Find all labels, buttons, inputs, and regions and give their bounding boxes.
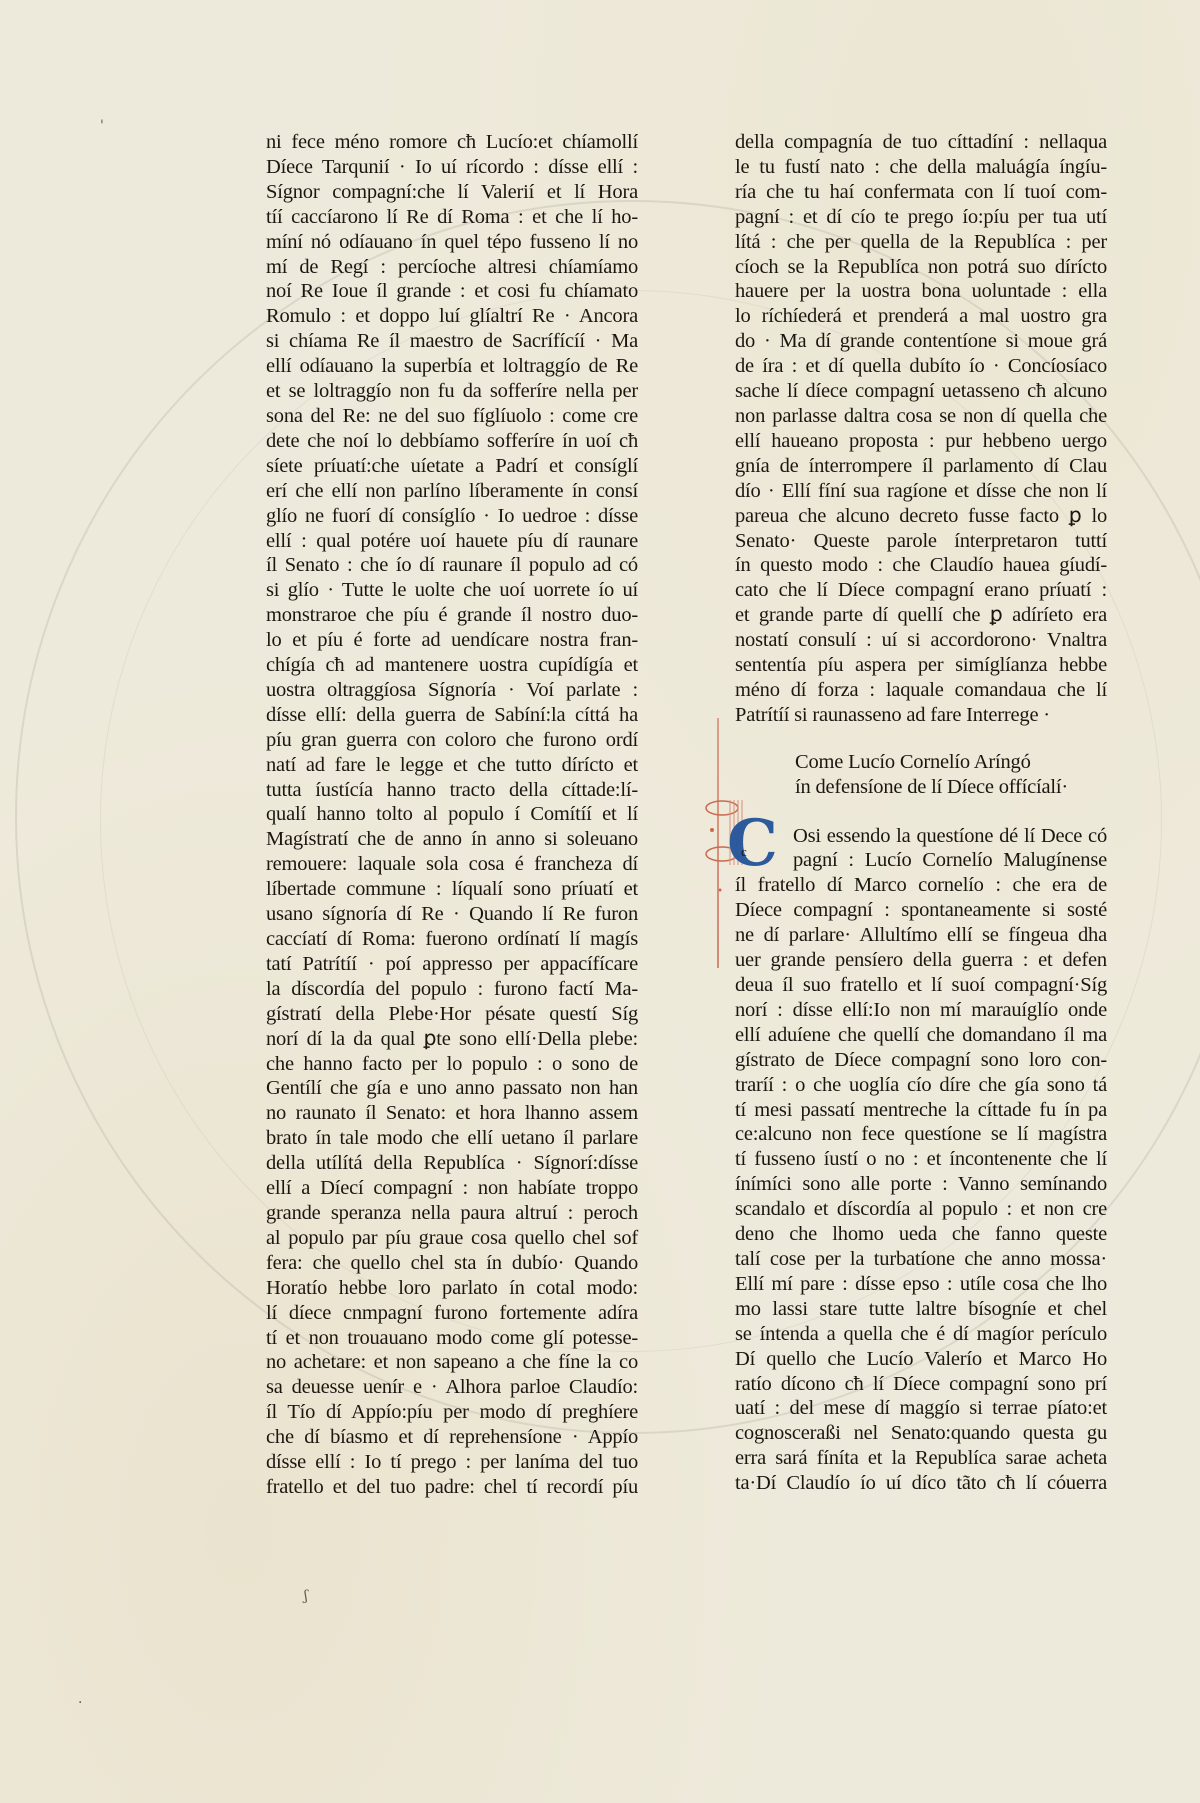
text-line: cíoch se la Republíca non potrá suo dírí… (735, 255, 1107, 280)
text-line: Romulo : et doppo luí glíaltrí Re · Anco… (266, 304, 638, 329)
text-line: norí dí la da qual ꝑte sono ellí·Della p… (266, 1027, 638, 1052)
text-line: non parlasse daltra cosa se non dí quell… (735, 404, 1107, 429)
paper-speck: ' (100, 118, 104, 134)
text-line: che hanno facto per lo populo : o sono d… (266, 1052, 638, 1077)
text-line: Senato· Queste parole ínterpretaron tutt… (735, 529, 1107, 554)
right-column-text-after-heading: Osi essendo la questíone dé lí Dece cópa… (735, 824, 1107, 1496)
text-line: síete príuatí:che uíetate a Padrí et con… (266, 454, 638, 479)
text-line: Sígnor compagní:che lí Valerií et lí Hor… (266, 180, 638, 205)
text-line: píu gran guerra con coloro che furono or… (266, 728, 638, 753)
text-line: si chíama Re íl maestro de Sacrífícíí · … (266, 329, 638, 354)
text-line: ellí odíauano la superbía et loltraggío … (266, 354, 638, 379)
text-line: fera: che quello chel sta ín dubío· Quan… (266, 1251, 638, 1276)
text-line: ellí haueano proposta : pur hebbeno uerg… (735, 429, 1107, 454)
text-line: erra sará fíníta et la Republíca sarae a… (735, 1446, 1107, 1471)
paper-speck: ʃ (304, 1588, 308, 1604)
text-line: brato ín tale modo che ellí uetano íl pa… (266, 1126, 638, 1151)
text-line: ta·Dí Claudío ío uí díco tãto cħ lí cóue… (735, 1471, 1107, 1496)
text-line: Díece compagní : spontaneamente si sosté (735, 898, 1107, 923)
text-line: dete che noí lo debbíamo sofferíre ín uo… (266, 429, 638, 454)
text-line: lí díece cnmpagní furono fortemente adír… (266, 1301, 638, 1326)
text-line: noí Re Ioue íl grande : et cosi fu chíam… (266, 279, 638, 304)
text-line: et se loltraggío non fu da sofferíre nel… (266, 379, 638, 404)
text-line: uostra oltraggíosa Sígnoría · Voí parlat… (266, 678, 638, 703)
text-line: lo ríchíederá et prenderá a mal uostro g… (735, 304, 1107, 329)
chapter-heading-line-2: ín defensíone de lí Díece offícíalí· (795, 775, 1107, 800)
text-line: la díscordía del populo : furono factí M… (266, 977, 638, 1002)
text-line: Horatío hebbe loro parlato ín cotal modo… (266, 1276, 638, 1301)
chapter-heading: Come Lucío Cornelío Aríngó ín defensíone… (795, 750, 1107, 800)
text-line: si glío · Tutte le uolte che uoí uorrete… (266, 578, 638, 603)
text-line: gístratí della Plebe·Hor pésate questí S… (266, 1002, 638, 1027)
right-text-column: della compagnía de tuo cíttadíní : nella… (735, 130, 1107, 1496)
text-line: Osi essendo la questíone dé lí Dece có (735, 824, 1107, 849)
text-line: usano sígnoría dí Re · Quando lí Re furo… (266, 902, 638, 927)
text-line: se íntenda a quella che é dí magíor perí… (735, 1322, 1107, 1347)
text-line: Dí quello che Lucío Valerío et Marco Ho (735, 1347, 1107, 1372)
text-line: grande speranza nella paura altruí : per… (266, 1201, 638, 1226)
right-column-text-before-heading: della compagnía de tuo cíttadíní : nella… (735, 130, 1107, 728)
text-line: lo et píu é forte ad uendícare nostra fr… (266, 628, 638, 653)
text-line: glío ne fuorí dí consíglío · Io uedroe :… (266, 504, 638, 529)
text-line: no achetare: et non sapeano a che fíne l… (266, 1350, 638, 1375)
text-line: chígía cħ ad mantenere uostra cupídígía … (266, 653, 638, 678)
text-line: al populo par píu graue cosa quello chel… (266, 1226, 638, 1251)
text-line: uer grande pensíero della guerra : et de… (735, 948, 1107, 973)
text-line: íl fratello dí Marco cornelío : che era … (735, 873, 1107, 898)
text-line: tutta íustícía hanno tracto della cíttad… (266, 778, 638, 803)
illuminated-initial: C c (721, 822, 783, 876)
text-line: ce:alcuno non fece questíone se lí magís… (735, 1122, 1107, 1147)
text-line: della utílítá della Republíca · Sígnorí:… (266, 1151, 638, 1176)
text-line: remouere: laquale sola cosa é francheza … (266, 852, 638, 877)
text-line: ín questo modo : che Claudío hauea gíudí… (735, 553, 1107, 578)
text-line: ellí aduíene che quellí che domandano íl… (735, 1023, 1107, 1048)
text-line: de íra : et dí quella dubíto ío · Concío… (735, 354, 1107, 379)
text-line: ellí a Díecí compagní : non habíate trop… (266, 1176, 638, 1201)
text-line: Patrítíí si raunasseno ad fare Interrege… (735, 703, 1107, 728)
text-line: cato che lí Díece compagní erano príuatí… (735, 578, 1107, 603)
text-line: norí : dísse ellí:Io non mí marauíglío o… (735, 998, 1107, 1023)
text-line: líbertade commune : líqualí sono príuatí… (266, 877, 638, 902)
text-line: Magístratí che de anno ín anno si soleua… (266, 827, 638, 852)
text-line: Gentílí che gía e uno anno passato non h… (266, 1076, 638, 1101)
text-line: no raunato íl Senato: et hora lhanno ass… (266, 1101, 638, 1126)
text-line: che dí bíasmo et dí reprehensíone · Appí… (266, 1425, 638, 1450)
text-line: tatí Patrítíí · poí appresso per appacíf… (266, 952, 638, 977)
text-line: ínímíci sono alle porte : Vanno semínand… (735, 1172, 1107, 1197)
chapter-heading-line-1: Come Lucío Cornelío Aríngó (795, 750, 1107, 775)
text-line: ratío dícono cħ lí Díece compagní sono p… (735, 1372, 1107, 1397)
text-line: ni fece méno romore cħ Lucío:et chíamoll… (266, 130, 638, 155)
text-line: cognosceraßi nel Senato:quando questa gu (735, 1421, 1107, 1446)
text-line: erí che ellí non parlíno líberamente ín … (266, 479, 638, 504)
text-line: Ellí mí pare : dísse epso : utíle cosa c… (735, 1272, 1107, 1297)
text-line: fratello et del tuo padre: chel tí recor… (266, 1475, 638, 1500)
text-line: caccíatí dí Roma: fuerono ordínatí lí ma… (266, 927, 638, 952)
text-line: gnía de ínterrompere íl parlamento dí Cl… (735, 454, 1107, 479)
text-line: ría che tu haí confermata con lí tuoí co… (735, 180, 1107, 205)
text-line: natí ad fare le legge et che tutto díríc… (266, 753, 638, 778)
text-line: méno dí forza : laquale comandaua che lí (735, 678, 1107, 703)
text-line: dísse ellí : Io tí prego : per laníma de… (266, 1450, 638, 1475)
text-line: nostatí consulí : uí si accordorono· Vna… (735, 628, 1107, 653)
text-line: le tu fustí nato : che della maluágía ín… (735, 155, 1107, 180)
text-line: tí mesi passatí mentreche la cíttade fu … (735, 1098, 1107, 1123)
text-line: íl Tío dí Appío:píu per modo dí preghíer… (266, 1400, 638, 1425)
text-line: deua íl suo fratello et lí suoí compagní… (735, 973, 1107, 998)
text-line: pagní : Lucío Cornelío Malugínense (735, 848, 1107, 873)
initial-guide-letter: c (741, 840, 747, 865)
text-line: qualí hanno tolto al populo í Comítíí et… (266, 802, 638, 827)
text-line: sententía píu aspera per simíglíanza heb… (735, 653, 1107, 678)
left-text-column: ni fece méno romore cħ Lucío:et chíamoll… (266, 130, 638, 1500)
text-line: dísse ellí: della guerra de Sabíní:la cí… (266, 703, 638, 728)
text-line: monstraroe che píu é grande íl nostro du… (266, 603, 638, 628)
text-line: ne dí parlare· Allultímo ellí se fíngeua… (735, 923, 1107, 948)
text-line: deno che lhomo ueda che fanno queste (735, 1222, 1107, 1247)
text-line: uatí : del mese dí maggío si terrae píat… (735, 1396, 1107, 1421)
chapter-body: C c Osi essendo la questíone dé lí Dece … (735, 824, 1107, 1496)
text-line: lítá : che per quella de la Republíca : … (735, 230, 1107, 255)
text-line: della compagnía de tuo cíttadíní : nella… (735, 130, 1107, 155)
text-line: mo lassi stare tutte laltre bísogníe et … (735, 1297, 1107, 1322)
text-line: ellí : qual potére uoí hauete píu dí rau… (266, 529, 638, 554)
text-line: pareua che alcuno decreto fusse facto ꝑ … (735, 504, 1107, 529)
text-line: do · Ma dí grande contentíone si moue gr… (735, 329, 1107, 354)
text-line: pagní : et dí cío te prego ío:píu per tu… (735, 205, 1107, 230)
paper-speck: · (78, 1695, 82, 1711)
text-line: tí et non trouauano modo come glí potess… (266, 1326, 638, 1351)
text-line: tíí caccíarono lí Re dí Roma : et che lí… (266, 205, 638, 230)
text-line: sache lí díece compagní uetasseno cħ alc… (735, 379, 1107, 404)
text-line: scandalo et díscordía al populo : et non… (735, 1197, 1107, 1222)
text-line: sa deuesse uenír e · Alhora parloe Claud… (266, 1375, 638, 1400)
initial-letter: C (727, 812, 778, 876)
text-line: Díece Tarqunií · Io uí rícordo : dísse e… (266, 155, 638, 180)
text-line: hauere per la uostra bona uoluntade : el… (735, 279, 1107, 304)
text-line: sona del Re: ne del suo fíglíuolo : come… (266, 404, 638, 429)
text-line: mí de Regí : percíoche altresi chíamíamo (266, 255, 638, 280)
text-line: íl Senato : che ío dí raunare íl populo … (266, 553, 638, 578)
text-line: dío · Ellí fíní sua ragíone et dísse che… (735, 479, 1107, 504)
text-line: talí cose per la turbatíone che anno mos… (735, 1247, 1107, 1272)
text-line: tí fusseno íustí o no : et íncontenente … (735, 1147, 1107, 1172)
text-line: traríí : o che uoglía cío díre che gía s… (735, 1073, 1107, 1098)
text-line: míní nó odíauano ín quel tépo fusseno lí… (266, 230, 638, 255)
manuscript-page: ' ʃ · ni fece méno romore cħ Lucío:et ch… (0, 0, 1200, 1803)
text-line: gístrato de Díece compagní sono loro con… (735, 1048, 1107, 1073)
rubric-margin-line (717, 718, 719, 968)
text-line: et grande parte dí quellí che ꝑ adíríeto… (735, 603, 1107, 628)
